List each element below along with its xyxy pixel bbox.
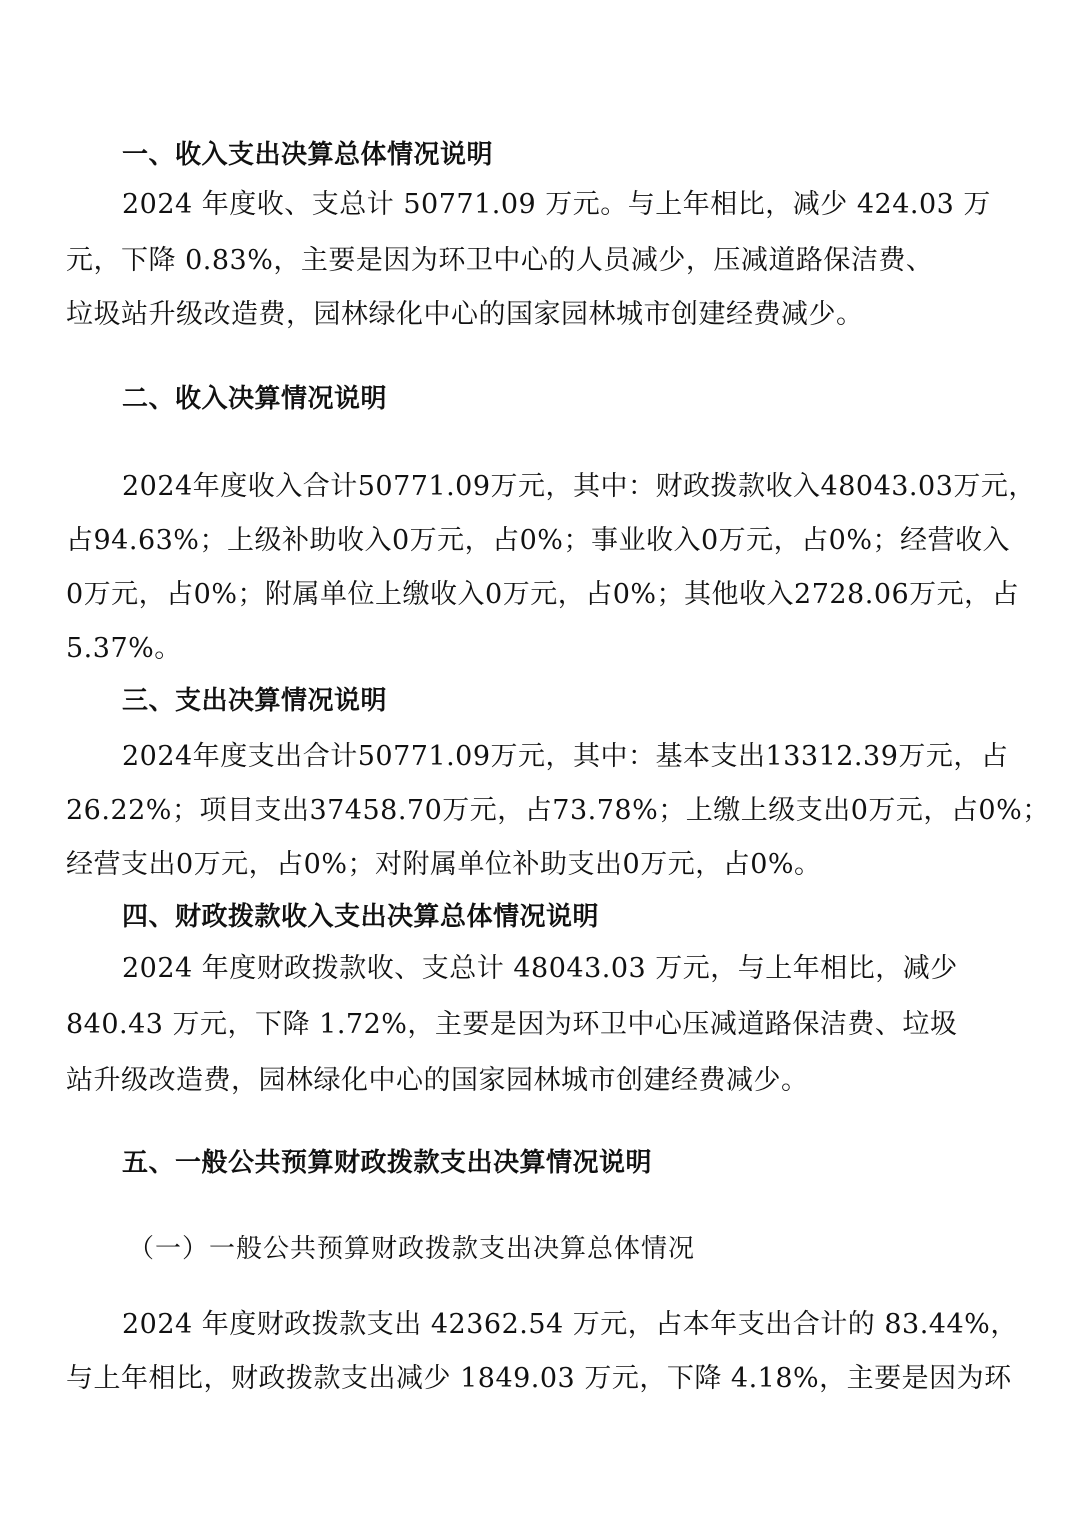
section-1-heading: 一、收入支出决算总体情况说明 (122, 138, 493, 172)
section-5-subheading: （一）一般公共预算财政拨款支出决算总体情况 (128, 1232, 695, 1266)
section-5-heading: 五、一般公共预算财政拨款支出决算情况说明 (122, 1146, 652, 1180)
section-4-heading: 四、财政拨款收入支出决算总体情况说明 (122, 900, 599, 934)
section-1-paragraph-line: 元，下降 0.83%，主要是因为环卫中心的人员减少，压减道路保洁费、 (66, 244, 933, 278)
section-2-paragraph-line: 0万元，占0%；附属单位上缴收入0万元，占0%；其他收入2728.06万元，占 (66, 578, 1019, 612)
section-2-paragraph-line: 2024年度收入合计50771.09万元，其中：财政拨款收入48043.03万元… (122, 470, 1036, 504)
section-3-paragraph-line: 经营支出0万元，占0%；对附属单位补助支出0万元，占0%。 (66, 848, 822, 882)
section-5-paragraph-line: 2024 年度财政拨款支出 42362.54 万元，占本年支出合计的 83.44… (122, 1308, 1018, 1342)
section-4-paragraph-line: 840.43 万元，下降 1.72%，主要是因为环卫中心压减道路保洁费、垃圾 (66, 1008, 957, 1042)
section-4-paragraph-line: 站升级改造费，园林绿化中心的国家园林城市创建经费减少。 (66, 1064, 809, 1098)
section-2-heading: 二、收入决算情况说明 (122, 382, 387, 416)
section-3-paragraph-line: 2024年度支出合计50771.09万元，其中：基本支出13312.39万元，占 (122, 740, 1008, 774)
section-4-paragraph-line: 2024 年度财政拨款收、支总计 48043.03 万元，与上年相比，减少 (122, 952, 958, 986)
section-3-heading: 三、支出决算情况说明 (122, 684, 387, 718)
section-2-paragraph-line: 占94.63%；上级补助收入0万元，占0%；事业收入0万元，占0%；经营收入 (66, 524, 1010, 558)
section-3-paragraph-line: 26.22%；项目支出37458.70万元，占73.78%；上缴上级支出0万元，… (66, 794, 1050, 828)
section-2-paragraph-line: 5.37%。 (66, 632, 182, 666)
section-1-paragraph-line: 2024 年度收、支总计 50771.09 万元。与上年相比，减少 424.03… (122, 188, 991, 222)
section-1-paragraph-line: 垃圾站升级改造费，园林绿化中心的国家园林城市创建经费减少。 (66, 298, 864, 332)
section-5-paragraph-line: 与上年相比，财政拨款支出减少 1849.03 万元，下降 4.18%，主要是因为… (66, 1362, 1012, 1396)
